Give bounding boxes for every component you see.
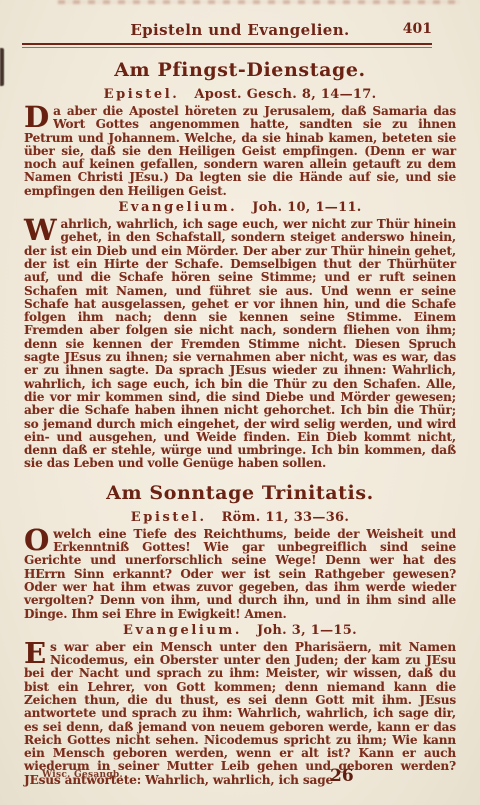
scripture-body: s war aber ein Mensch unter den Pharisäe… [24, 640, 456, 787]
reading-label: Epistel. [104, 87, 180, 102]
printer-signature: Wisc. Gesangb. [42, 770, 123, 780]
page-number-bottom: 26 [330, 766, 354, 786]
drop-cap: W [24, 218, 60, 242]
header-rule [22, 43, 432, 48]
drop-cap: E [24, 641, 50, 665]
section-pfingst-dienstag: Am Pfingst-Dienstage. Epistel.Apost. Ges… [24, 59, 456, 471]
reading-reference: Joh. 3, 1—15. [257, 623, 357, 638]
running-header-title: Episteln und Evangelien. [130, 21, 349, 39]
page-number-top: 401 [403, 21, 432, 37]
running-header: Episteln und Evangelien. 401 [24, 20, 456, 38]
drop-cap: D [24, 105, 53, 129]
reading-label: Epistel. [131, 510, 207, 525]
section-title: Am Sonntage Trinitatis. [24, 482, 456, 504]
section-title: Am Pfingst-Dienstage. [24, 59, 456, 81]
reading-heading-evangelium: Evangelium.Joh. 3, 1—15. [24, 623, 456, 638]
scripture-text-epistel: Owelch eine Tiefe des Reichthums, beide … [24, 528, 456, 621]
reading-heading-epistel: Epistel.Apost. Gesch. 8, 14—17. [24, 87, 456, 102]
reading-heading-evangelium: Evangelium.Joh. 10, 1—11. [24, 200, 456, 215]
drop-cap: O [24, 528, 53, 552]
book-page: Episteln und Evangelien. 401 Am Pfingst-… [0, 0, 480, 805]
scripture-text-epistel: Da aber die Apostel höreten zu Jerusalem… [24, 105, 456, 198]
reading-label: Evangelium. [123, 623, 242, 638]
scripture-body: ahrlich, wahrlich, ich sage euch, wer ni… [24, 217, 456, 470]
reading-heading-epistel: Epistel.Röm. 11, 33—36. [24, 510, 456, 525]
reading-reference: Joh. 10, 1—11. [252, 200, 361, 215]
section-trinitatis: Am Sonntage Trinitatis. Epistel.Röm. 11,… [24, 482, 456, 787]
scan-artifact-left-smudge [0, 48, 4, 86]
reading-reference: Röm. 11, 33—36. [222, 510, 350, 525]
reading-reference: Apost. Gesch. 8, 14—17. [194, 87, 376, 102]
scripture-text-evangelium: Wahrlich, wahrlich, ich sage euch, wer n… [24, 218, 456, 471]
page-footer: Wisc. Gesangb. 26 [24, 766, 456, 792]
reading-label: Evangelium. [118, 200, 237, 215]
scripture-body: a aber die Apostel höreten zu Jerusalem,… [24, 104, 456, 198]
page-content: Episteln und Evangelien. 401 Am Pfingst-… [24, 0, 456, 787]
scripture-body: welch eine Tiefe des Reichthums, beide d… [24, 527, 456, 621]
